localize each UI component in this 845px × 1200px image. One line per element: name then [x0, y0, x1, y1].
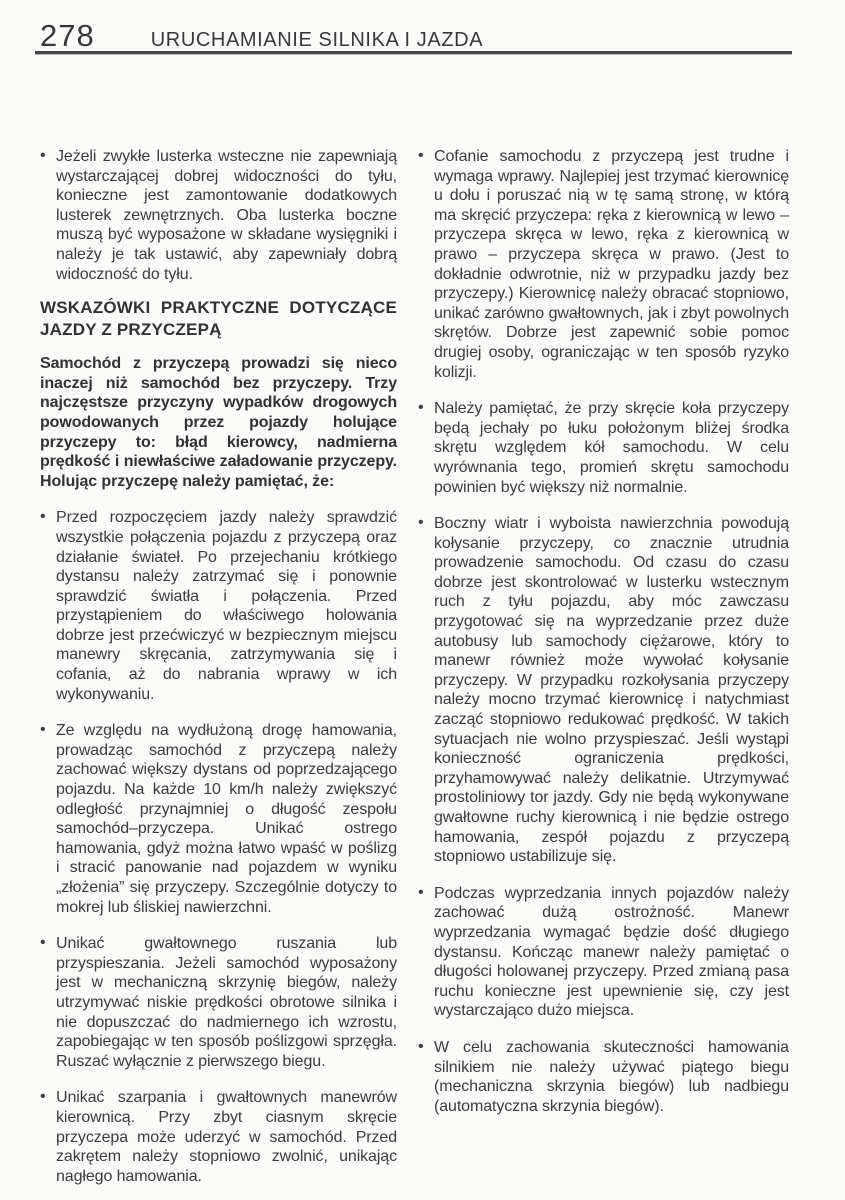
list-item: • Ze względu na wydłużoną drogę hamowani…: [40, 721, 397, 917]
bullet-icon: •: [418, 1037, 424, 1057]
list-item: • Unikać gwałtownego ruszania lub przysp…: [40, 934, 397, 1071]
right-column: • Cofanie samochodu z przyczepą jest tru…: [418, 147, 789, 1186]
list-item: • Unikać szarpania i gwałtownych manewró…: [40, 1088, 397, 1186]
bullet-icon: •: [418, 398, 424, 418]
manual-page: 278 URUCHAMIANIE SILNIKA I JAZDA • Jeżel…: [0, 0, 845, 1200]
bullet-icon: •: [40, 507, 46, 527]
bullet-icon: •: [40, 1087, 46, 1107]
page-header: 278 URUCHAMIANIE SILNIKA I JAZDA: [40, 20, 790, 52]
paragraph-pre-drive-check: Przed rozpoczęciem jazdy należy sprawdzi…: [56, 508, 397, 704]
paragraph-steering: Unikać szarpania i gwałtownych manewrów …: [56, 1088, 397, 1186]
header-rule: [35, 51, 792, 55]
section-heading: WSKAZÓWKI PRAKTYCZNE DOTYCZĄCE JAZDY Z P…: [40, 297, 397, 341]
bullet-icon: •: [418, 513, 424, 533]
paragraph-crosswind-sway: Boczny wiatr i wyboista nawierzchnia pow…: [434, 514, 789, 867]
bullet-icon: •: [40, 146, 46, 166]
paragraph-reversing: Cofanie samochodu z przyczepą jest trudn…: [434, 147, 789, 382]
bullet-icon: •: [40, 933, 46, 953]
list-item: • Podczas wyprzedzania innych pojazdów n…: [418, 884, 789, 1021]
content-columns: • Jeżeli zwykłe lusterka wsteczne nie za…: [40, 147, 789, 1186]
bullet-icon: •: [40, 720, 46, 740]
list-item: • Należy pamiętać, że przy skręcie koła …: [418, 399, 789, 497]
list-item: • Boczny wiatr i wyboista nawierzchnia p…: [418, 514, 789, 867]
paragraph-turning-radius: Należy pamiętać, że przy skręcie koła pr…: [434, 399, 789, 497]
bullet-icon: •: [418, 883, 424, 903]
left-column: • Jeżeli zwykłe lusterka wsteczne nie za…: [40, 147, 397, 1186]
paragraph-engine-braking: W celu zachowania skuteczności hamowania…: [434, 1038, 789, 1116]
list-item: • Jeżeli zwykłe lusterka wsteczne nie za…: [40, 147, 397, 284]
chapter-title: URUCHAMIANIE SILNIKA I JAZDA: [151, 29, 483, 52]
list-item: • W celu zachowania skuteczności hamowan…: [418, 1038, 789, 1116]
paragraph-braking-distance: Ze względu na wydłużoną drogę hamowania,…: [56, 721, 397, 917]
bullet-icon: •: [418, 146, 424, 166]
paragraph-overtaking: Podczas wyprzedzania innych pojazdów nal…: [434, 884, 789, 1021]
page-number: 278: [40, 20, 95, 51]
list-item: • Cofanie samochodu z przyczepą jest tru…: [418, 147, 789, 382]
paragraph-mirrors: Jeżeli zwykłe lusterka wsteczne nie zape…: [56, 147, 397, 284]
paragraph-gentle-start: Unikać gwałtownego ruszania lub przyspie…: [56, 934, 397, 1071]
lead-paragraph: Samochód z przyczepą prowadzi się nieco …: [40, 354, 397, 491]
list-item: • Przed rozpoczęciem jazdy należy sprawd…: [40, 508, 397, 704]
